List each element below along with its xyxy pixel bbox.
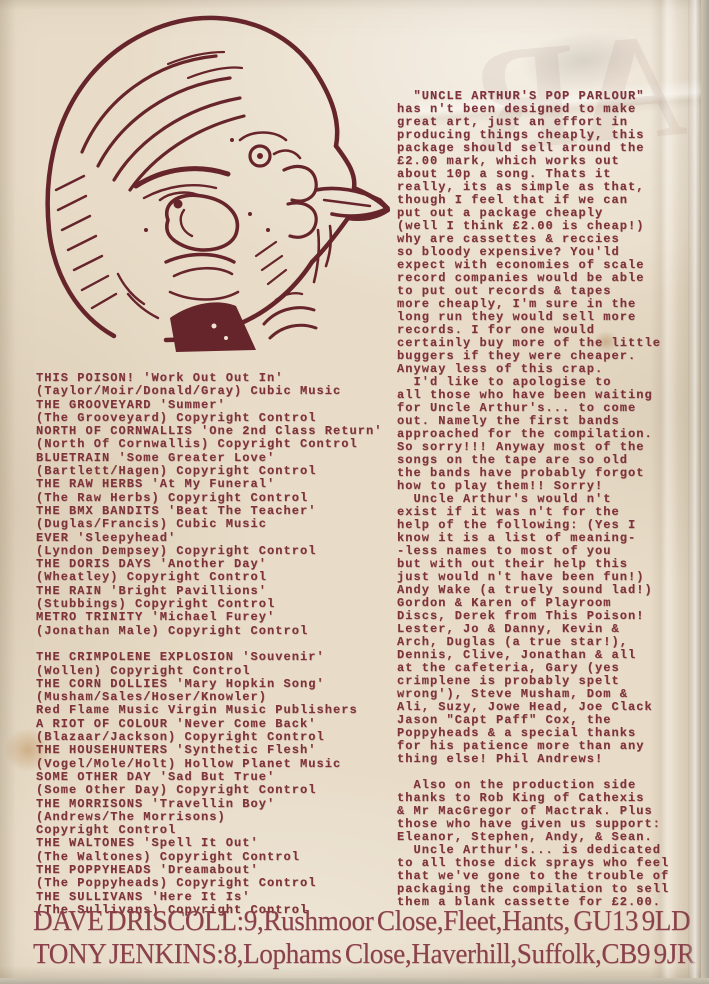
tracklist-text: THIS POISON! 'Work Out Out In' (Taylor/M… bbox=[36, 372, 383, 917]
editorial-text: "UNCLE ARTHUR'S POP PARLOUR" has n't bee… bbox=[397, 90, 669, 909]
scanner-edge-bottom bbox=[0, 978, 709, 984]
contact-address-dave-driscoll: DAVE DRISCOLL:9,Rushmoor Close,Fleet,Han… bbox=[33, 908, 690, 936]
woodcut-face-illustration bbox=[18, 4, 390, 354]
contact-address-tony-jenkins: TONY JENKINS:8,Lophams Close,Haverhill,S… bbox=[33, 941, 695, 969]
zine-page: AR bbox=[0, 0, 701, 978]
page-edge-curl bbox=[688, 0, 701, 978]
scanner-edge-right bbox=[701, 0, 709, 984]
